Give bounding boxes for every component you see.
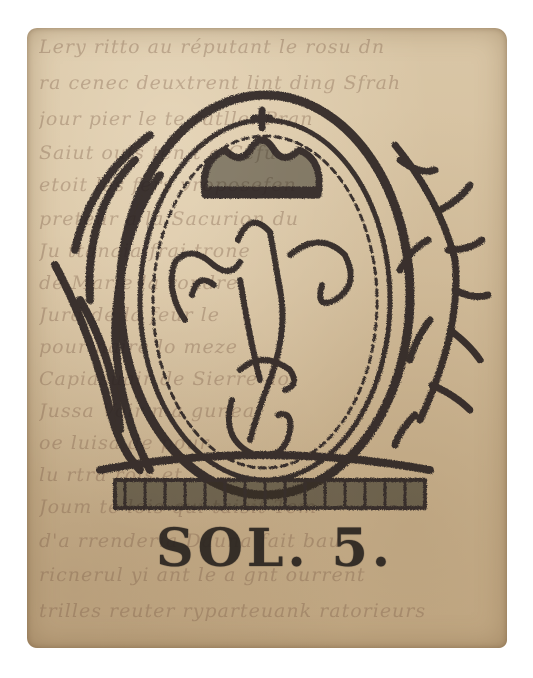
crown-icon (204, 110, 319, 195)
base-plinth (100, 455, 430, 508)
denomination-text: SOL. 5. (150, 518, 400, 579)
monogram (172, 223, 351, 456)
